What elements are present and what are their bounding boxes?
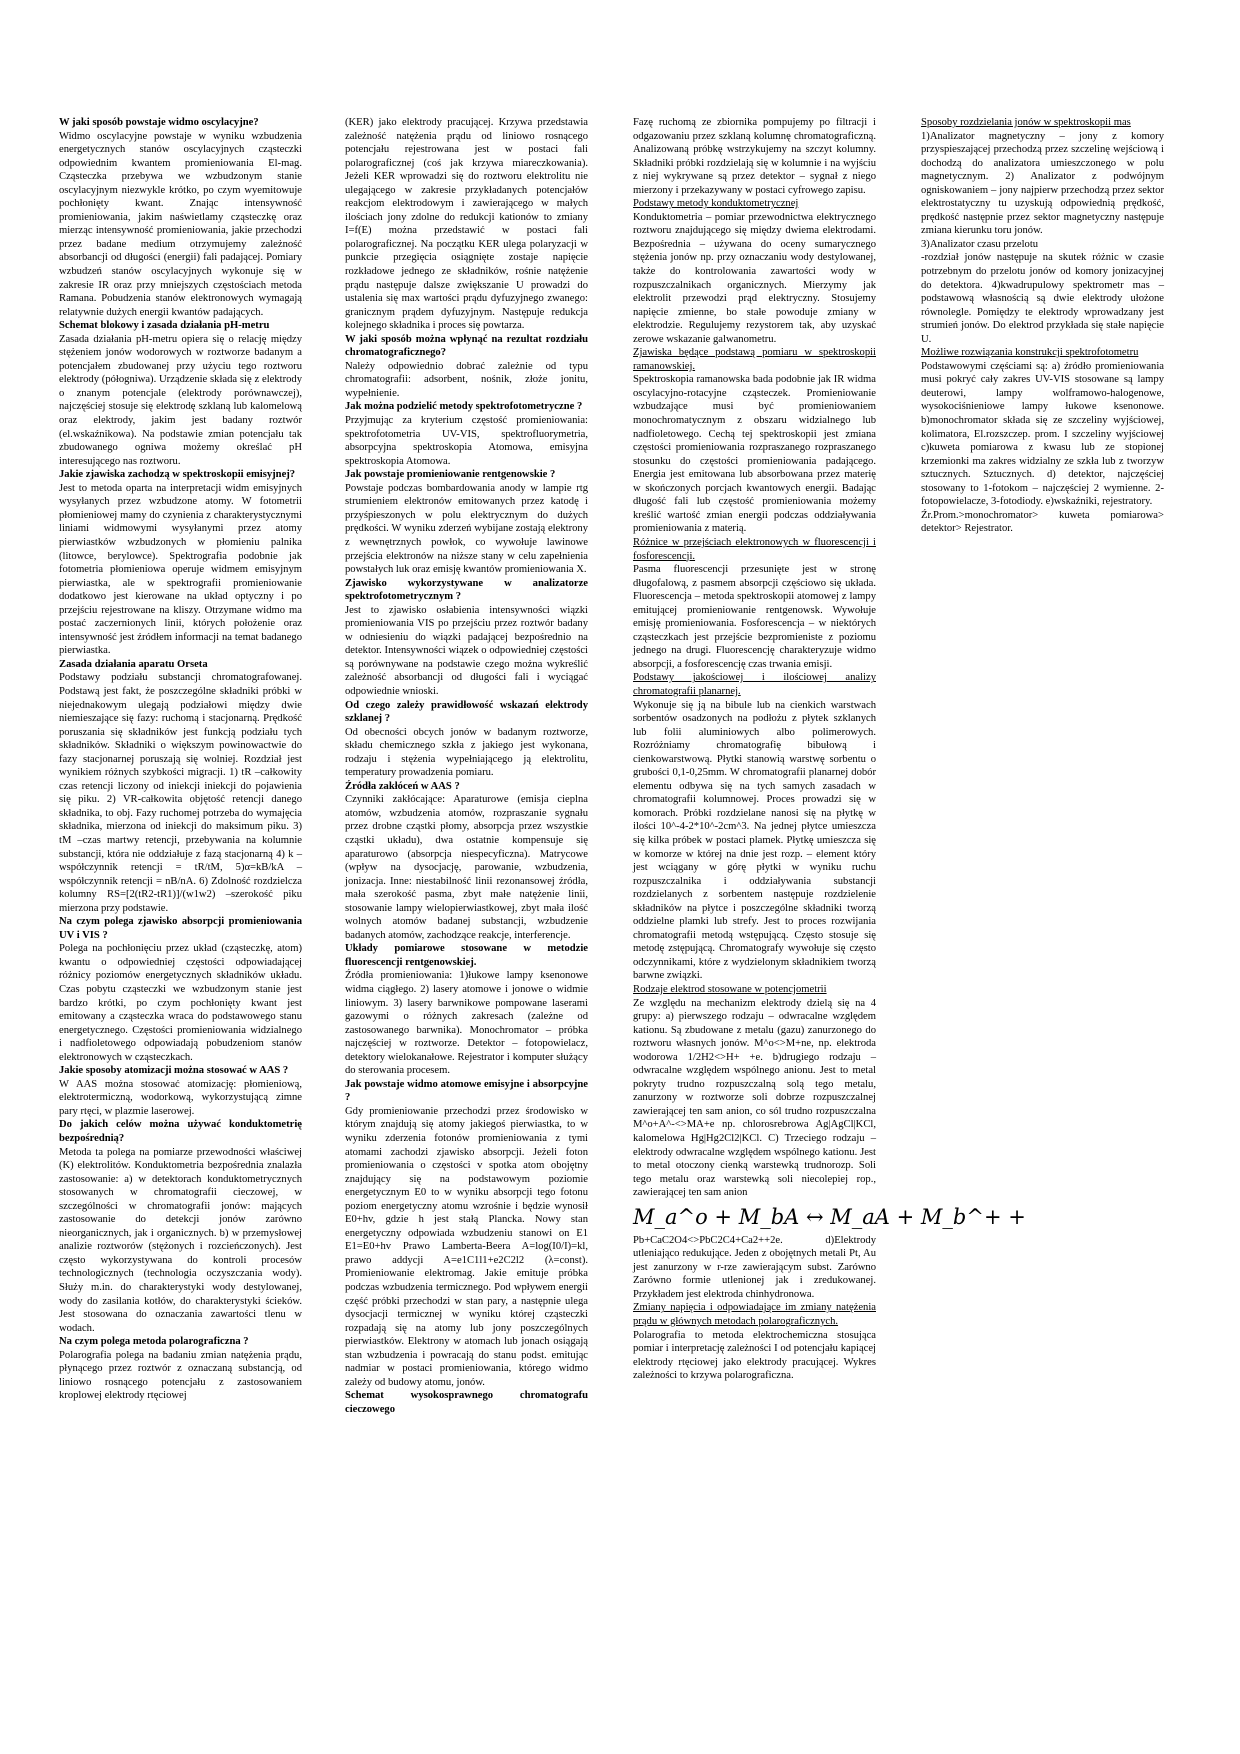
section: Zmiany napięcia i odpowiadające im zmian… — [633, 1301, 876, 1382]
section-body: Pb+CaC2O4<>PbC2C4+Ca2++2e. d)Elektrody u… — [633, 1234, 876, 1302]
section-body: Wykonuje się ją na bibule lub na cienkic… — [633, 699, 876, 983]
section-body: Podstawowymi częściami są: a) źródło pro… — [921, 360, 1164, 509]
section: Schemat wysokosprawnego chromatografu ci… — [345, 1389, 588, 1416]
section: Rodzaje elektrod stosowane w potencjomet… — [633, 983, 876, 1200]
section: Układy pomiarowe stosowane w metodzie fl… — [345, 942, 588, 1077]
section-heading: W jaki sposób powstaje widmo oscylacyjne… — [59, 116, 302, 130]
section-body: Spektroskopia ramanowska bada podobnie j… — [633, 373, 876, 536]
section: Sposoby rozdzielania jonów w spektroskop… — [921, 116, 1164, 238]
section-body: Metoda ta polega na pomiarze przewodnośc… — [59, 1146, 302, 1336]
section-heading: Do jakich celów można używać konduktomet… — [59, 1118, 302, 1145]
section: Jak powstaje widmo atomowe emisyjne i ab… — [345, 1078, 588, 1390]
section-heading: Schemat wysokosprawnego chromatografu ci… — [345, 1389, 588, 1416]
section: Do jakich celów można używać konduktomet… — [59, 1118, 302, 1335]
section-body: Gdy promieniowanie przechodzi przez środ… — [345, 1105, 588, 1389]
section: Jak powstaje promieniowanie rentgenowski… — [345, 468, 588, 576]
section-body: Czynniki zakłócające: Aparaturowe (emisj… — [345, 793, 588, 942]
section-body: Konduktometria – pomiar przewodnictwa el… — [633, 211, 876, 346]
section-body: 1)Analizator magnetyczny – jony z komory… — [921, 130, 1164, 238]
section: Zasada działania aparatu Orseta — [59, 658, 302, 672]
section-heading: Źródła zakłóceń w AAS ? — [345, 780, 588, 794]
section-heading: Podstawy metody konduktometrycznej — [633, 197, 876, 211]
section-body: Jest to metoda oparta na interpretacji w… — [59, 482, 302, 658]
section: Na czym polega zjawisko absorpcji promie… — [59, 915, 302, 1064]
column-4: Sposoby rozdzielania jonów w spektroskop… — [921, 116, 1164, 536]
column-2: (KER) jako elektrody pracującej. Krzywa … — [345, 116, 588, 1417]
section-body: Należy odpowiednio dobrać zależnie od ty… — [345, 360, 588, 401]
section: Różnice w przejściach elektronowych w fl… — [633, 536, 876, 671]
section: Schemat blokowy i zasada działania pH-me… — [59, 319, 302, 468]
section: Podstawy metody konduktometrycznejKonduk… — [633, 197, 876, 346]
section-heading: Jak powstaje promieniowanie rentgenowski… — [345, 468, 588, 482]
section: Źródła zakłóceń w AAS ?Czynniki zakłócaj… — [345, 780, 588, 943]
section: Jakie sposoby atomizacji można stosować … — [59, 1064, 302, 1118]
column-3: Fazę ruchomą ze zbiornika pompujemy po f… — [633, 116, 876, 1383]
section-body: Polarografia polega na badaniu zmian nat… — [59, 1349, 302, 1403]
section: Zjawiska będące podstawą pomiaru w spekt… — [633, 346, 876, 536]
section: -rozdział jonów następuje na skutek różn… — [921, 251, 1164, 346]
section-heading: W jaki sposób można wpłynąć na rezultat … — [345, 333, 588, 360]
section-heading: Sposoby rozdzielania jonów w spektroskop… — [921, 116, 1164, 130]
section: Źr.Prom.>monochromator> kuweta pomiarowa… — [921, 509, 1164, 536]
section-body: Ze względu na mechanizm elektrody dzielą… — [633, 997, 876, 1200]
equation: M_a^o + M_bA ↔ M_aA + M_b^+ + — [633, 1202, 876, 1232]
section-body: 3)Analizator czasu przelotu — [921, 238, 1164, 252]
document-page: W jaki sposób powstaje widmo oscylacyjne… — [0, 0, 1240, 1754]
column-1: W jaki sposób powstaje widmo oscylacyjne… — [59, 116, 302, 1403]
section: Podstawy podziału substancji chromatogra… — [59, 671, 302, 915]
section-body: (KER) jako elektrody pracującej. Krzywa … — [345, 116, 588, 333]
section: M_a^o + M_bA ↔ M_aA + M_b^+ + — [633, 1202, 876, 1232]
section-body: Jest to zjawisko osłabienia intensywnośc… — [345, 604, 588, 699]
section: Podstawy jakościowej i ilościowej analiz… — [633, 671, 876, 983]
section-heading: Zjawisko wykorzystywane w analizatorze s… — [345, 577, 588, 604]
section: Od czego zależy prawidłowość wskazań ele… — [345, 699, 588, 780]
section-heading: Rodzaje elektrod stosowane w potencjomet… — [633, 983, 876, 997]
section-body: -rozdział jonów następuje na skutek różn… — [921, 251, 1164, 346]
section-heading: Jak można podzielić metody spektrofotome… — [345, 400, 588, 414]
section-heading: Na czym polega zjawisko absorpcji promie… — [59, 915, 302, 942]
section-heading: Różnice w przejściach elektronowych w fl… — [633, 536, 876, 563]
section: (KER) jako elektrody pracującej. Krzywa … — [345, 116, 588, 333]
section-body: Od obecności obcych jonów w badanym rozt… — [345, 726, 588, 780]
section-body: Fazę ruchomą ze zbiornika pompujemy po f… — [633, 116, 876, 197]
section-heading: Jakie zjawiska zachodzą w spektroskopii … — [59, 468, 302, 482]
section: 3)Analizator czasu przelotu — [921, 238, 1164, 252]
section-body: Zasada działania pH-metru opiera się o r… — [59, 333, 302, 468]
section-body: Widmo oscylacyjne powstaje w wyniku wzbu… — [59, 130, 302, 320]
section-body: Powstaje podczas bombardowania anody w l… — [345, 482, 588, 577]
section-heading: Jak powstaje widmo atomowe emisyjne i ab… — [345, 1078, 588, 1105]
section: Jak można podzielić metody spektrofotome… — [345, 400, 588, 468]
section-heading: Schemat blokowy i zasada działania pH-me… — [59, 319, 302, 333]
section: Możliwe rozwiązania konstrukcji spektrof… — [921, 346, 1164, 509]
section-heading: Układy pomiarowe stosowane w metodzie fl… — [345, 942, 588, 969]
section-body: Polega na pochłonięciu przez układ (cząs… — [59, 942, 302, 1064]
section: Fazę ruchomą ze zbiornika pompujemy po f… — [633, 116, 876, 197]
section-heading: Możliwe rozwiązania konstrukcji spektrof… — [921, 346, 1164, 360]
section-body: W AAS można stosować atomizację: płomien… — [59, 1078, 302, 1119]
section: Na czym polega metoda polarograficzna ?P… — [59, 1335, 302, 1403]
section: Jakie zjawiska zachodzą w spektroskopii … — [59, 468, 302, 658]
section-body: Przyjmując za kryterium częstość promien… — [345, 414, 588, 468]
section-body: Polarografia to metoda elektrochemiczna … — [633, 1329, 876, 1383]
section-heading: Podstawy jakościowej i ilościowej analiz… — [633, 671, 876, 698]
section-heading: Na czym polega metoda polarograficzna ? — [59, 1335, 302, 1349]
section-body: Źródła promieniowania: 1)łukowe lampy ks… — [345, 969, 588, 1077]
section-heading: Zjawiska będące podstawą pomiaru w spekt… — [633, 346, 876, 373]
section-heading: Zmiany napięcia i odpowiadające im zmian… — [633, 1301, 876, 1328]
section: Pb+CaC2O4<>PbC2C4+Ca2++2e. d)Elektrody u… — [633, 1234, 876, 1302]
section-heading: Jakie sposoby atomizacji można stosować … — [59, 1064, 302, 1078]
section-body: Pasma fluorescencji przesunięte jest w s… — [633, 563, 876, 671]
section: W jaki sposób powstaje widmo oscylacyjne… — [59, 116, 302, 319]
section-body: Podstawy podziału substancji chromatogra… — [59, 671, 302, 915]
section: W jaki sposób można wpłynąć na rezultat … — [345, 333, 588, 401]
section-heading: Zasada działania aparatu Orseta — [59, 658, 302, 672]
section-body: Źr.Prom.>monochromator> kuweta pomiarowa… — [921, 509, 1164, 536]
section-heading: Od czego zależy prawidłowość wskazań ele… — [345, 699, 588, 726]
section: Zjawisko wykorzystywane w analizatorze s… — [345, 577, 588, 699]
